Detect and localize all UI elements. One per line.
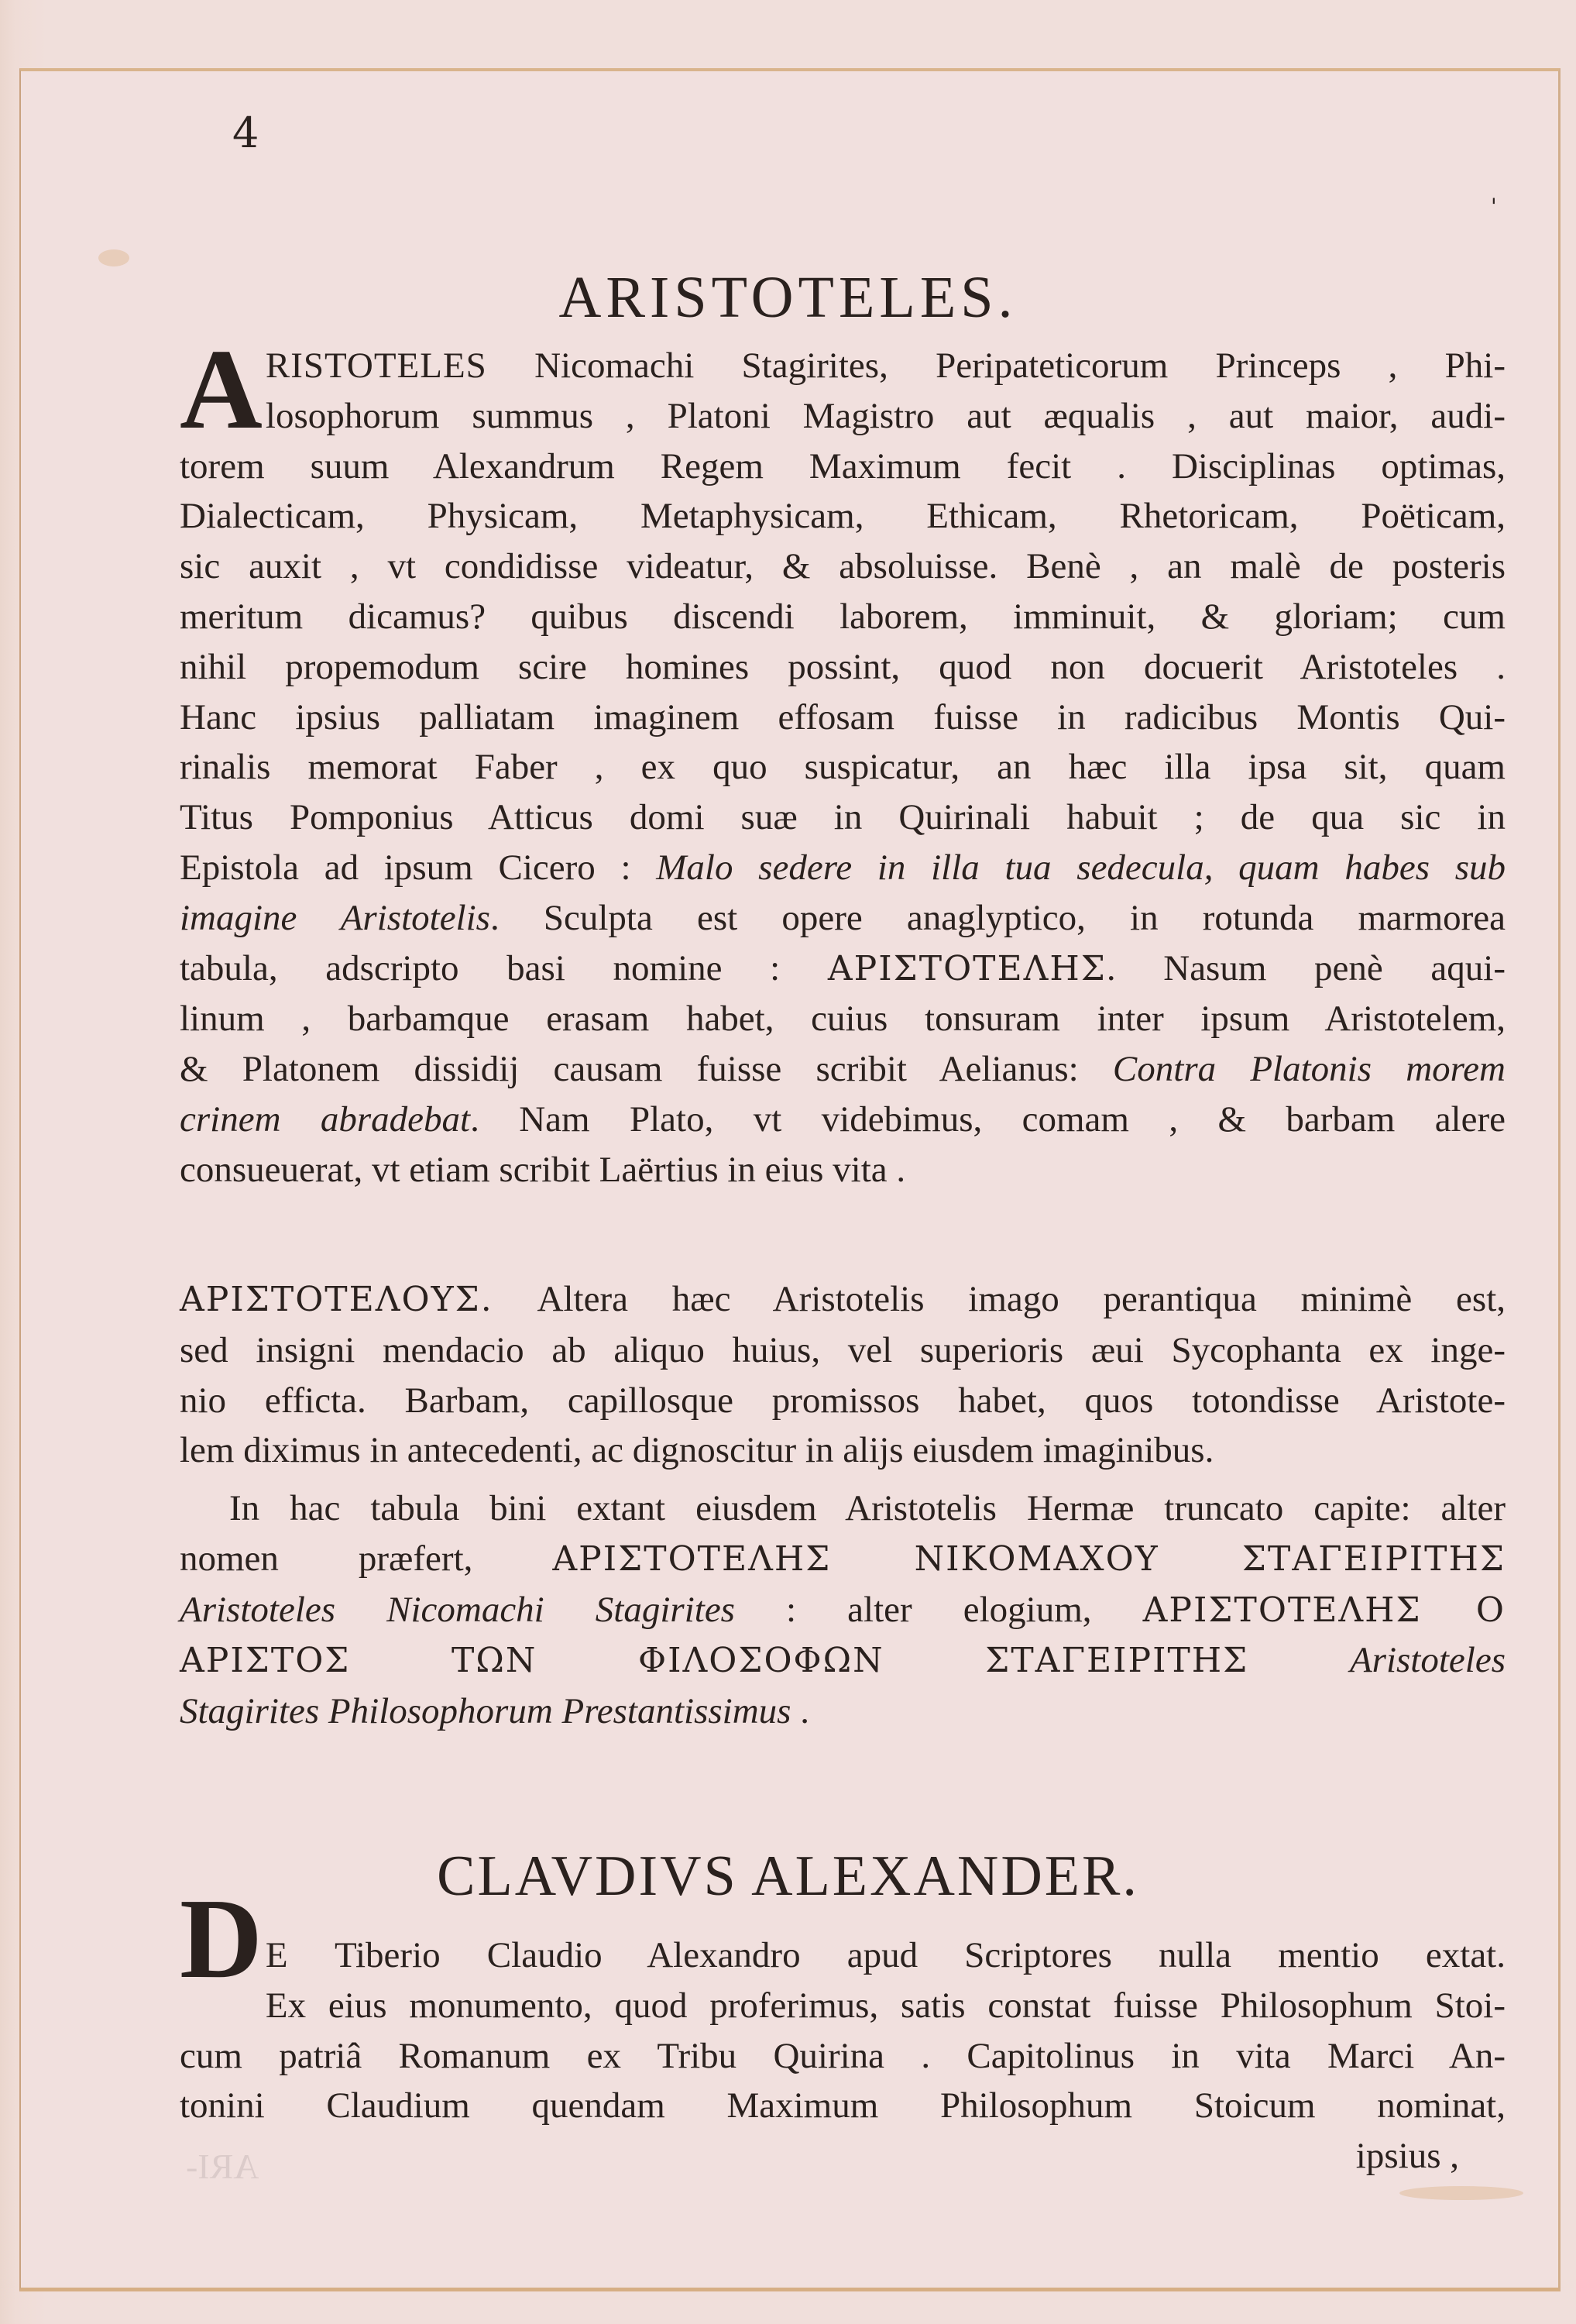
section-title-aristoteles: ARISTOTELES. [0,264,1576,332]
drop-cap: D [180,1895,263,1984]
text-line: tabula, adscripto basi nomine : ΑΡΙΣΤΟΤΕ… [180,944,1506,995]
text-line: In hac tabula bini extant eiusdem Aristo… [180,1483,1506,1534]
text-line: & Platonem dissidij causam fuisse scribi… [180,1044,1506,1095]
text-line: sic auxit , vt condidisse videatur, & ab… [180,541,1506,592]
text-line: crinem abradebat. Nam Plato, vt videbimu… [180,1095,1506,1145]
text-line: RISTOTELES Nicomachi Stagirites, Peripat… [180,341,1506,391]
text-line: ΑΡΙΣΤΟΣ ΤΩΝ ΦΙΛΟΣΟΦΩΝ ΣΤΑΓΕΙΡΙΤΗΣ Aristo… [180,1635,1506,1686]
greek-inscription: ΑΡΙΣΤΟΤΕΛΗΣ Ο [1143,1590,1506,1630]
paragraph-aristotelous: ΑΡΙΣΤΟΤΕΛΟΥΣ. Altera hæc Aristotelis ima… [180,1274,1506,1476]
paragraph-aristoteles: A RISTOTELES Nicomachi Stagirites, Perip… [180,341,1506,1195]
text-line: consueuerat, vt etiam scribit Laërtius i… [180,1145,1506,1195]
cicero-quote: Malo sedere in illa tua sedecula, quam h… [656,847,1506,888]
text-line: nihil propemodum scire homines possint, … [180,642,1506,693]
drop-cap: A [180,346,263,435]
text-line: losophorum summus , Platoni Magistro aut… [180,391,1506,442]
greek-inscription: ΑΡΙΣΤΟΣ ΤΩΝ ΦΙΛΟΣΟΦΩΝ ΣΤΑΓΕΙΡΙΤΗΣ [180,1641,1350,1680]
text-line: Titus Pomponius Atticus domi suæ in Quir… [180,792,1506,843]
catchword: ipsius , [180,2131,1506,2181]
bleed-through-text: ARI- [186,2146,259,2187]
text-line: torem suum Alexandrum Regem Maximum feci… [180,442,1506,492]
text-line: nio efficta. Barbam, capillosque promiss… [180,1376,1506,1426]
text-line: ΑΡΙΣΤΟΤΕΛΟΥΣ. Altera hæc Aristotelis ima… [180,1274,1506,1325]
text-line: Aristoteles Nicomachi Stagirites : alter… [180,1585,1506,1636]
text-line: lem diximus in antecedenti, ac dignoscit… [180,1425,1506,1476]
greek-inscription: ΑΡΙΣΤΟΤΕΛΗΣ ΝΙΚΟΜΑΧΟΥ ΣΤΑΓΕΙΡΙΤΗΣ [552,1539,1506,1579]
text-line: E Tiberio Claudio Alexandro apud Scripto… [180,1930,1506,1981]
text-line: linum , barbamque erasam habet, cuius to… [180,994,1506,1044]
greek-heading: ΑΡΙΣΤΟΤΕΛΟΥΣ. [180,1280,493,1319]
text-line: Epistola ad ipsum Cicero : Malo sedere i… [180,843,1506,893]
text-line: Dialecticam, Physicam, Metaphysicam, Eth… [180,491,1506,541]
paragraph-hermae: In hac tabula bini extant eiusdem Aristo… [180,1483,1506,1737]
greek-inscription: ΑΡΙΣΤΟΤΕΛΗΣ [828,949,1107,988]
page-number: 4 [232,112,259,154]
text-line: meritum dicamus? quibus discendi laborem… [180,592,1506,642]
text-line: rinalis memorat Faber , ex quo suspicatu… [180,742,1506,792]
paragraph-claudius-alexander: D E Tiberio Claudio Alexandro apud Scrip… [180,1890,1506,2181]
text-line: nomen præfert, ΑΡΙΣΤΟΤΕΛΗΣ ΝΙΚΟΜΑΧΟΥ ΣΤΑ… [180,1534,1506,1585]
text-line: Stagirites Philosophorum Prestantissimus… [180,1686,1506,1737]
aelianus-quote: Contra Platonis morem [1113,1049,1506,1089]
text-line: Ex eius monumento, quod proferimus, sati… [180,1981,1506,2031]
text-line: imagine Aristotelis. Sculpta est opere a… [180,893,1506,944]
text-line: sed insigni mendacio ab aliquo huius, ve… [180,1325,1506,1376]
text-line: Hanc ipsius palliatam imaginem effosam f… [180,693,1506,743]
stray-ink-mark: ' [1491,194,1497,219]
foxing-stain [1399,2186,1523,2200]
text-line: tonini Claudium quendam Maximum Philosop… [180,2081,1506,2131]
text-line: cum patriâ Romanum ex Tribu Quirina . Ca… [180,2031,1506,2082]
